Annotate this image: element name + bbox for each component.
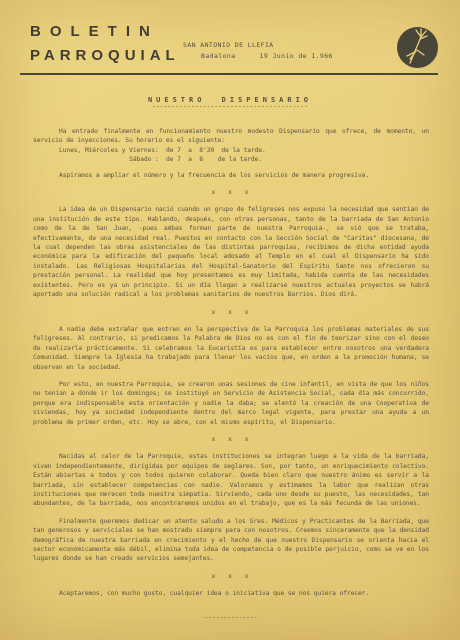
paragraph-initiatives: Por esto, en nuestra Parroquia, se crear… bbox=[33, 380, 429, 427]
plant-sprig-icon bbox=[396, 26, 439, 69]
section-separator: x x x bbox=[33, 188, 429, 197]
masthead-line2: PARROQUIAL bbox=[30, 44, 180, 68]
bulletin-page: BOLETIN PARROQUIAL SAN ANTONIO DE LLEFIA… bbox=[0, 0, 460, 640]
paragraph-doctors: Finalmente queremos dedicar un atento sa… bbox=[33, 517, 429, 564]
parish-name: SAN ANTONIO DE LLEFIA bbox=[183, 41, 353, 49]
article-body: Ha entrado finalmente en funcionamiento … bbox=[33, 127, 429, 622]
section-separator: x x x bbox=[33, 435, 429, 444]
city-label: Badalona bbox=[201, 52, 236, 60]
header-info: SAN ANTONIO DE LLEFIA Badalona19 Junio d… bbox=[183, 41, 353, 60]
paragraph-mission: A nadie debe extrañar que entren en la p… bbox=[33, 325, 429, 372]
paragraph-aspiration: Aspiramos a ampliar el número y la frecu… bbox=[33, 171, 429, 180]
title-block: NUESTRO DISPENSARIO --------------------… bbox=[0, 96, 460, 109]
paragraph-institutions: Nacidas al calor de la Parroquia, estas … bbox=[33, 452, 429, 508]
schedule-line-weekdays: Lunes, Miércoles y Viernes: de 7 a 8'30 … bbox=[59, 146, 429, 155]
paragraph-intro: Ha entrado finalmente en funcionamiento … bbox=[33, 127, 429, 146]
paragraph-closing: Aceptaremos, con mucho gusto, cualquier … bbox=[33, 589, 429, 598]
title-underline: ---------------------------------------- bbox=[0, 104, 460, 109]
section-separator: x x x bbox=[33, 572, 429, 581]
header-rule bbox=[20, 73, 438, 75]
masthead: BOLETIN PARROQUIAL bbox=[30, 20, 180, 68]
section-separator: x x x bbox=[33, 308, 429, 317]
date-label: 19 Junio de 1.966 bbox=[260, 52, 333, 60]
footer-rule: -------------- bbox=[33, 613, 429, 622]
masthead-line1: BOLETIN bbox=[30, 20, 180, 44]
parish-logo bbox=[396, 26, 439, 69]
schedule-line-saturday: Sábado : de 7 a 8 de la tarde. bbox=[59, 155, 429, 164]
paragraph-history: La idea de un Dispensario nació cuando u… bbox=[33, 205, 429, 299]
